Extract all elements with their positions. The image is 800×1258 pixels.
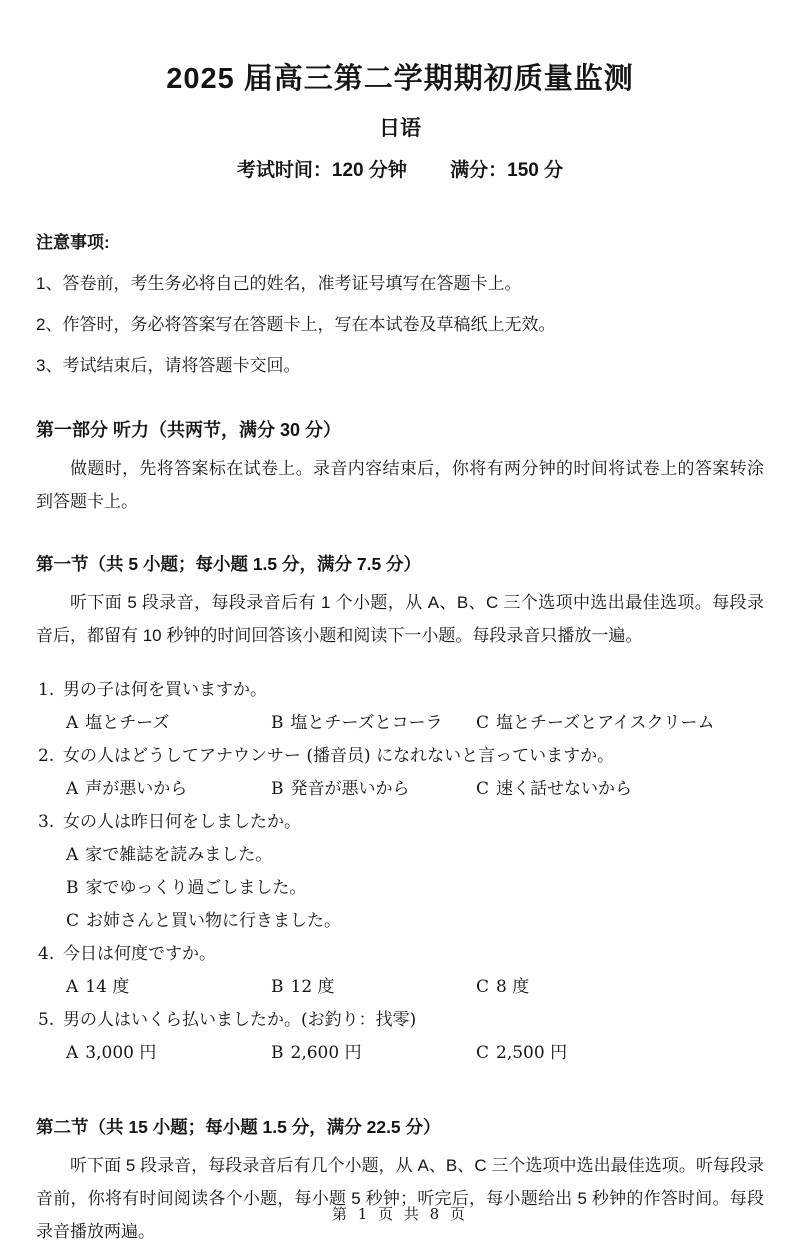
question-1: 1. 男の子は何を買いますか。 A塩とチーズ B塩とチーズとコーラ C塩とチーズ… — [36, 674, 764, 740]
option-a-text: 家で雑誌を読みました。 — [85, 845, 272, 865]
option-b: B塩とチーズとコーラ — [271, 707, 476, 740]
section1-instructions: 听下面 5 段录音，每段录音后有 1 个小题，从 A、B、C 三个选项中选出最佳… — [36, 586, 764, 652]
option-b-label: B — [271, 779, 284, 799]
exam-info: 考试时间：120 分钟 满分：150 分 — [36, 155, 764, 182]
notices-section: 注意事项: 1、答卷前，考生务必将自己的姓名，准考证号填写在答题卡上。 2、作答… — [36, 228, 764, 376]
option-b-text: 家でゆっくり過ごしました。 — [86, 878, 307, 898]
question-3: 3. 女の人は昨日何をしましたか。 A家で雑誌を読みました。 B家でゆっくり過ご… — [36, 806, 764, 938]
option-c-label: C — [476, 977, 489, 997]
option-b-label: B — [271, 713, 284, 733]
notice-item-1: 1、答卷前，考生务必将自己的姓名，准考证号填写在答题卡上。 — [36, 269, 764, 294]
option-a-label: A — [66, 713, 78, 733]
question-number: 1. — [36, 674, 63, 707]
page-title: 2025 届高三第二学期期初质量监测 — [36, 0, 764, 97]
option-c: C速く話せないから — [476, 773, 764, 806]
option-b-label: B — [271, 1043, 284, 1063]
question-3-options: A家で雑誌を読みました。 B家でゆっくり過ごしました。 Cお姉さんと買い物に行き… — [36, 839, 764, 938]
option-a: A14 度 — [66, 971, 271, 1004]
question-text: 男の人はいくら払いましたか。(お釣り：找零) — [63, 1004, 416, 1037]
part1-heading: 第一部分 听力（共两节，满分 30 分） — [36, 416, 764, 442]
option-a: A3,000 円 — [66, 1037, 271, 1070]
option-a-text: 塩とチーズ — [85, 713, 169, 733]
option-a-text: 3,000 円 — [85, 1043, 156, 1063]
option-c-text: お姉さんと買い物に行きました。 — [86, 911, 341, 931]
question-2-options: A声が悪いから B発音が悪いから C速く話せないから — [36, 773, 764, 806]
page-number-footer: 第 1 页 共 8 页 — [0, 1203, 800, 1224]
option-a-label: A — [66, 779, 78, 799]
option-c-label: C — [66, 911, 79, 931]
option-b-text: 12 度 — [291, 977, 335, 997]
option-c: C8 度 — [476, 971, 764, 1004]
question-number: 3. — [36, 806, 63, 839]
question-4-text-line: 4. 今日は何度ですか。 — [36, 938, 764, 971]
section2-heading: 第二节（共 15 小题；每小题 1.5 分，满分 22.5 分） — [36, 1114, 764, 1139]
question-4-options: A14 度 B12 度 C8 度 — [36, 971, 764, 1004]
option-c-label: C — [476, 1043, 489, 1063]
notice-item-3: 3、考试结束后，请将答题卡交回。 — [36, 351, 764, 376]
part1-instructions: 做题时，先将答案标在试卷上。录音内容结束后，你将有两分钟的时间将试卷上的答案转涂… — [36, 452, 764, 518]
option-b: B12 度 — [271, 971, 476, 1004]
question-2-text-line: 2. 女の人はどうしてアナウンサー (播音员) になれないと言っていますか。 — [36, 740, 764, 773]
question-text: 男の子は何を買いますか。 — [63, 674, 267, 707]
question-5: 5. 男の人はいくら払いましたか。(お釣り：找零) A3,000 円 B2,60… — [36, 1004, 764, 1070]
question-2: 2. 女の人はどうしてアナウンサー (播音员) になれないと言っていますか。 A… — [36, 740, 764, 806]
question-text: 女の人はどうしてアナウンサー (播音员) になれないと言っていますか。 — [63, 740, 614, 773]
option-a-label: A — [66, 977, 78, 997]
option-c-text: 2,500 円 — [496, 1043, 567, 1063]
subject-title: 日语 — [36, 112, 764, 142]
option-b-text: 塩とチーズとコーラ — [291, 713, 443, 733]
question-1-text-line: 1. 男の子は何を買いますか。 — [36, 674, 764, 707]
option-b: B発音が悪いから — [271, 773, 476, 806]
option-a-text: 声が悪いから — [85, 779, 187, 799]
option-c: C2,500 円 — [476, 1037, 764, 1070]
option-c-text: 8 度 — [496, 977, 529, 997]
exam-paper-page: 2025 届高三第二学期期初质量监测 日语 考试时间：120 分钟 满分：150… — [0, 0, 800, 1258]
option-a-label: A — [66, 1043, 78, 1063]
option-b-text: 2,600 円 — [291, 1043, 362, 1063]
option-a: A声が悪いから — [66, 773, 271, 806]
option-b: B2,600 円 — [271, 1037, 476, 1070]
section2-instructions: 听下面 5 段录音，每段录音后有几个小题，从 A、B、C 三个选项中选出最佳选项… — [36, 1149, 764, 1248]
option-b-label: B — [66, 878, 79, 898]
section1-heading: 第一节（共 5 小题；每小题 1.5 分，满分 7.5 分） — [36, 551, 764, 576]
question-number: 4. — [36, 938, 63, 971]
question-4: 4. 今日は何度ですか。 A14 度 B12 度 C8 度 — [36, 938, 764, 1004]
question-3-text-line: 3. 女の人は昨日何をしましたか。 — [36, 806, 764, 839]
option-c: Cお姉さんと買い物に行きました。 — [36, 905, 764, 938]
question-text: 女の人は昨日何をしましたか。 — [63, 806, 301, 839]
question-number: 5. — [36, 1004, 63, 1037]
exam-time-label: 考试时间：120 分钟 — [237, 160, 407, 181]
question-number: 2. — [36, 740, 63, 773]
option-b: B家でゆっくり過ごしました。 — [36, 872, 764, 905]
notices-heading: 注意事项: — [36, 228, 764, 253]
question-1-options: A塩とチーズ B塩とチーズとコーラ C塩とチーズとアイスクリーム — [36, 707, 764, 740]
option-c: C塩とチーズとアイスクリーム — [476, 707, 764, 740]
question-text: 今日は何度ですか。 — [63, 938, 216, 971]
option-a: A家で雑誌を読みました。 — [36, 839, 764, 872]
notice-item-2: 2、作答时，务必将答案写在答题卡上，写在本试卷及草稿纸上无效。 — [36, 310, 764, 335]
option-a-label: A — [66, 845, 78, 865]
exam-score-label: 满分：150 分 — [450, 160, 563, 181]
option-c-label: C — [476, 713, 489, 733]
option-a-text: 14 度 — [85, 977, 129, 997]
question-5-options: A3,000 円 B2,600 円 C2,500 円 — [36, 1037, 764, 1070]
option-a: A塩とチーズ — [66, 707, 271, 740]
option-c-label: C — [476, 779, 489, 799]
option-c-text: 速く話せないから — [496, 779, 632, 799]
question-list: 1. 男の子は何を買いますか。 A塩とチーズ B塩とチーズとコーラ C塩とチーズ… — [36, 674, 764, 1070]
option-b-label: B — [271, 977, 284, 997]
question-5-text-line: 5. 男の人はいくら払いましたか。(お釣り：找零) — [36, 1004, 764, 1037]
option-c-text: 塩とチーズとアイスクリーム — [496, 713, 714, 733]
option-b-text: 発音が悪いから — [291, 779, 410, 799]
